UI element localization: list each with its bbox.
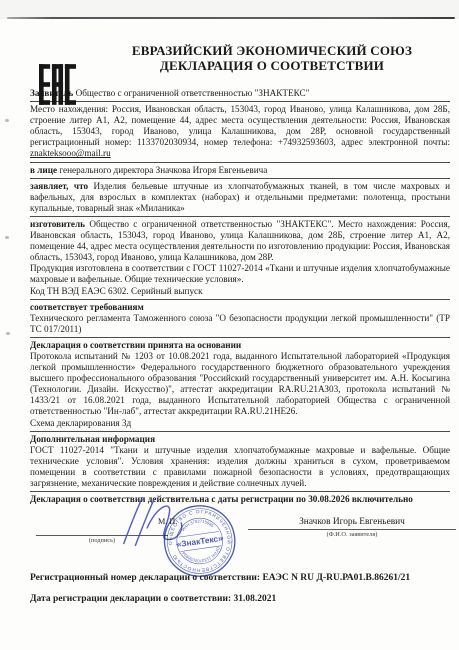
declaration-subject: заявляет, что Изделия бельевые штучные и… xyxy=(30,181,450,217)
document-title: ДЕКЛАРАЦИЯ О СООТВЕТСТВИИ xyxy=(94,58,450,73)
signature-area: ОБЩЕСТВО С ОГРАНИЧЕННОЙ ОТВЕТСТВЕННОСТЬЮ… xyxy=(30,508,450,560)
applicant-details: Место нахождения: Россия, Ивановская обл… xyxy=(30,104,450,162)
conformity-section: соответствует требованиям Технического р… xyxy=(30,302,450,338)
representative-label: в лице xyxy=(30,165,57,175)
document-page: ЕВРАЗИЙСКИЙ ЭКОНОМИЧЕСКИЙ СОЮЗ ДЕКЛАРАЦИ… xyxy=(0,19,459,650)
svg-text:ИНН 3702715985: ИНН 3702715985 xyxy=(179,516,215,533)
declares-label: заявляет, что xyxy=(30,181,88,191)
product-standard-note: Продукция изготовлена в соответствии с Г… xyxy=(30,263,450,285)
scan-speck xyxy=(5,119,9,122)
scan-speck xyxy=(6,332,10,335)
additional-info-text: ГОСТ 11027-2014 "Ткани и штучные изделия… xyxy=(30,445,450,489)
conformity-text: Технического регламента Таможенного союз… xyxy=(30,313,450,335)
basis-heading: Декларация о соответствии принята на осн… xyxy=(30,340,450,351)
eac-conformity-mark-icon xyxy=(39,64,76,110)
signatory-caption: (Ф.И.О. заявителя) xyxy=(248,530,456,538)
signatory-name: Значков Игорь Евгеньевич xyxy=(248,517,456,530)
applicant-value: Общество с ограниченной ответственностью… xyxy=(76,88,310,98)
basis-text: Протокола испытаний № 1203 от 10.08.2021… xyxy=(30,351,450,418)
document-header: ЕВРАЗИЙСКИЙ ЭКОНОМИЧЕСКИЙ СОЮЗ ДЕКЛАРАЦИ… xyxy=(30,43,450,73)
registration-date-label: Дата регистрации декларации о соответств… xyxy=(30,594,231,604)
manufacturer-line: изготовитель Общество с ограниченной отв… xyxy=(30,219,450,263)
union-title: ЕВРАЗИЙСКИЙ ЭКОНОМИЧЕСКИЙ СОЮЗ xyxy=(94,43,450,58)
basis-section: Декларация о соответствии принята на осн… xyxy=(30,340,450,432)
applicant-line: Заявитель Общество с ограниченной ответс… xyxy=(30,88,450,102)
scan-speck xyxy=(5,236,9,239)
validity-line: Декларация о соответствии действительна … xyxy=(30,494,450,505)
stamp-inn-text: ИНН 3702715985 xyxy=(179,516,215,533)
declaration-scheme-line: Схема декларирования 3д xyxy=(30,418,450,429)
manufacturer-value: Общество с ограниченной ответственностью… xyxy=(30,219,450,262)
manufacturer-section: изготовитель Общество с ограниченной отв… xyxy=(30,219,450,300)
tnved-code-line: Код ТН ВЭД ЕАЭС 6302. Серийный выпуск xyxy=(30,286,450,297)
declares-value: Изделия бельевые штучные из хлопчатобума… xyxy=(30,181,450,213)
applicant-email: znakteksooo@mail.ru xyxy=(30,148,111,158)
manufacturer-label: изготовитель xyxy=(30,219,85,229)
signature-caption: (подпись) xyxy=(89,537,115,544)
registration-date-value: 31.08.2021 xyxy=(233,594,276,604)
representative-value: генерального директора Значкова Игоря Ев… xyxy=(59,165,267,175)
scan-top-strip xyxy=(0,0,459,17)
conformity-heading: соответствует требованиям xyxy=(30,302,450,313)
company-round-stamp: ОБЩЕСТВО С ОГРАНИЧЕННОЙ ОТВЕТСТВЕННОСТЬЮ… xyxy=(158,499,242,588)
registration-date-line: Дата регистрации декларации о соответств… xyxy=(30,594,450,605)
seal-place-mark: М. П. xyxy=(158,517,177,526)
additional-info-section: Дополнительная информация ГОСТ 11027-201… xyxy=(30,434,450,492)
representative-line: в лице генерального директора Значкова И… xyxy=(30,165,450,179)
registration-number-value: ЕАЭС N RU Д-RU.РА01.В.86261/21 xyxy=(262,573,410,583)
additional-info-heading: Дополнительная информация xyxy=(30,434,450,445)
signatory-block: Значков Игорь Евгеньевич (Ф.И.О. заявите… xyxy=(248,517,456,538)
applicant-address: Место нахождения: Россия, Ивановская обл… xyxy=(30,104,450,147)
